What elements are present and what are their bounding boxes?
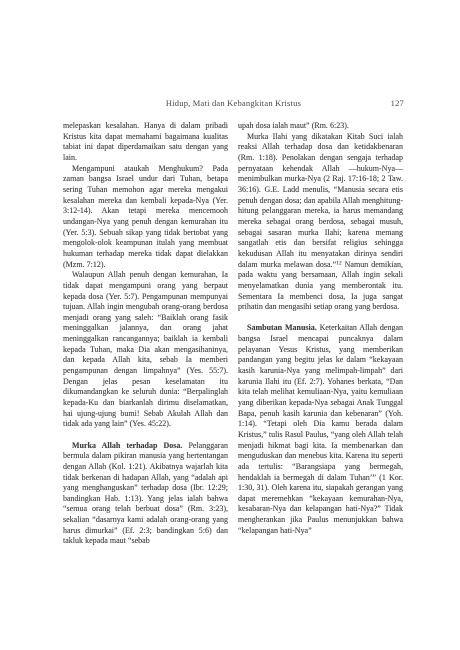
paragraph-text: Pelanggaran bermula dalam pikiran manusi… bbox=[63, 441, 228, 546]
paragraph-mengampuni: Mengampuni ataukah Menghukum? Pada zaman… bbox=[63, 164, 228, 271]
section-heading-murka-allah: Murka Allah terhadap Dosa. bbox=[72, 441, 182, 450]
text-columns: melepaskan kesalahan. Hanya di dalam pri… bbox=[63, 121, 404, 547]
paragraph-murka-allah: Murka Allah terhadap Dosa. Pelanggaran b… bbox=[63, 441, 228, 548]
left-column: melepaskan kesalahan. Hanya di dalam pri… bbox=[63, 121, 228, 547]
book-page: Hidup, Mati dan Kebangkitan Kristus 127 … bbox=[0, 0, 460, 650]
paragraph-walaupun: Walaupun Allah penuh dengan kemurahan, I… bbox=[63, 270, 228, 430]
paragraph-murka-ilahi: Murka Ilahi yang dikatakan Kitab Suci ia… bbox=[238, 132, 403, 313]
section-heading-sambutan-manusia: Sambutan Manusia. bbox=[247, 323, 317, 332]
running-header: Hidup, Mati dan Kebangkitan Kristus 127 bbox=[63, 98, 404, 112]
page-number: 127 bbox=[391, 98, 404, 108]
paragraph-sambutan-manusia: Sambutan Manusia. Keterkaitan Allah deng… bbox=[238, 323, 403, 536]
paragraph-text: Murka Ilahi yang dikatakan Kitab Suci ia… bbox=[238, 132, 403, 269]
right-column: upah dosa ialah maut” (Rm. 6:23). Murka … bbox=[238, 121, 403, 547]
paragraph-continuation: upah dosa ialah maut” (Rm. 6:23). bbox=[238, 121, 403, 132]
paragraph-text: Keterkaitan Allah dengan bangsa Israel m… bbox=[238, 323, 403, 534]
running-title: Hidup, Mati dan Kebangkitan Kristus bbox=[166, 98, 301, 108]
paragraph-continuation: melepaskan kesalahan. Hanya di dalam pri… bbox=[63, 121, 228, 164]
